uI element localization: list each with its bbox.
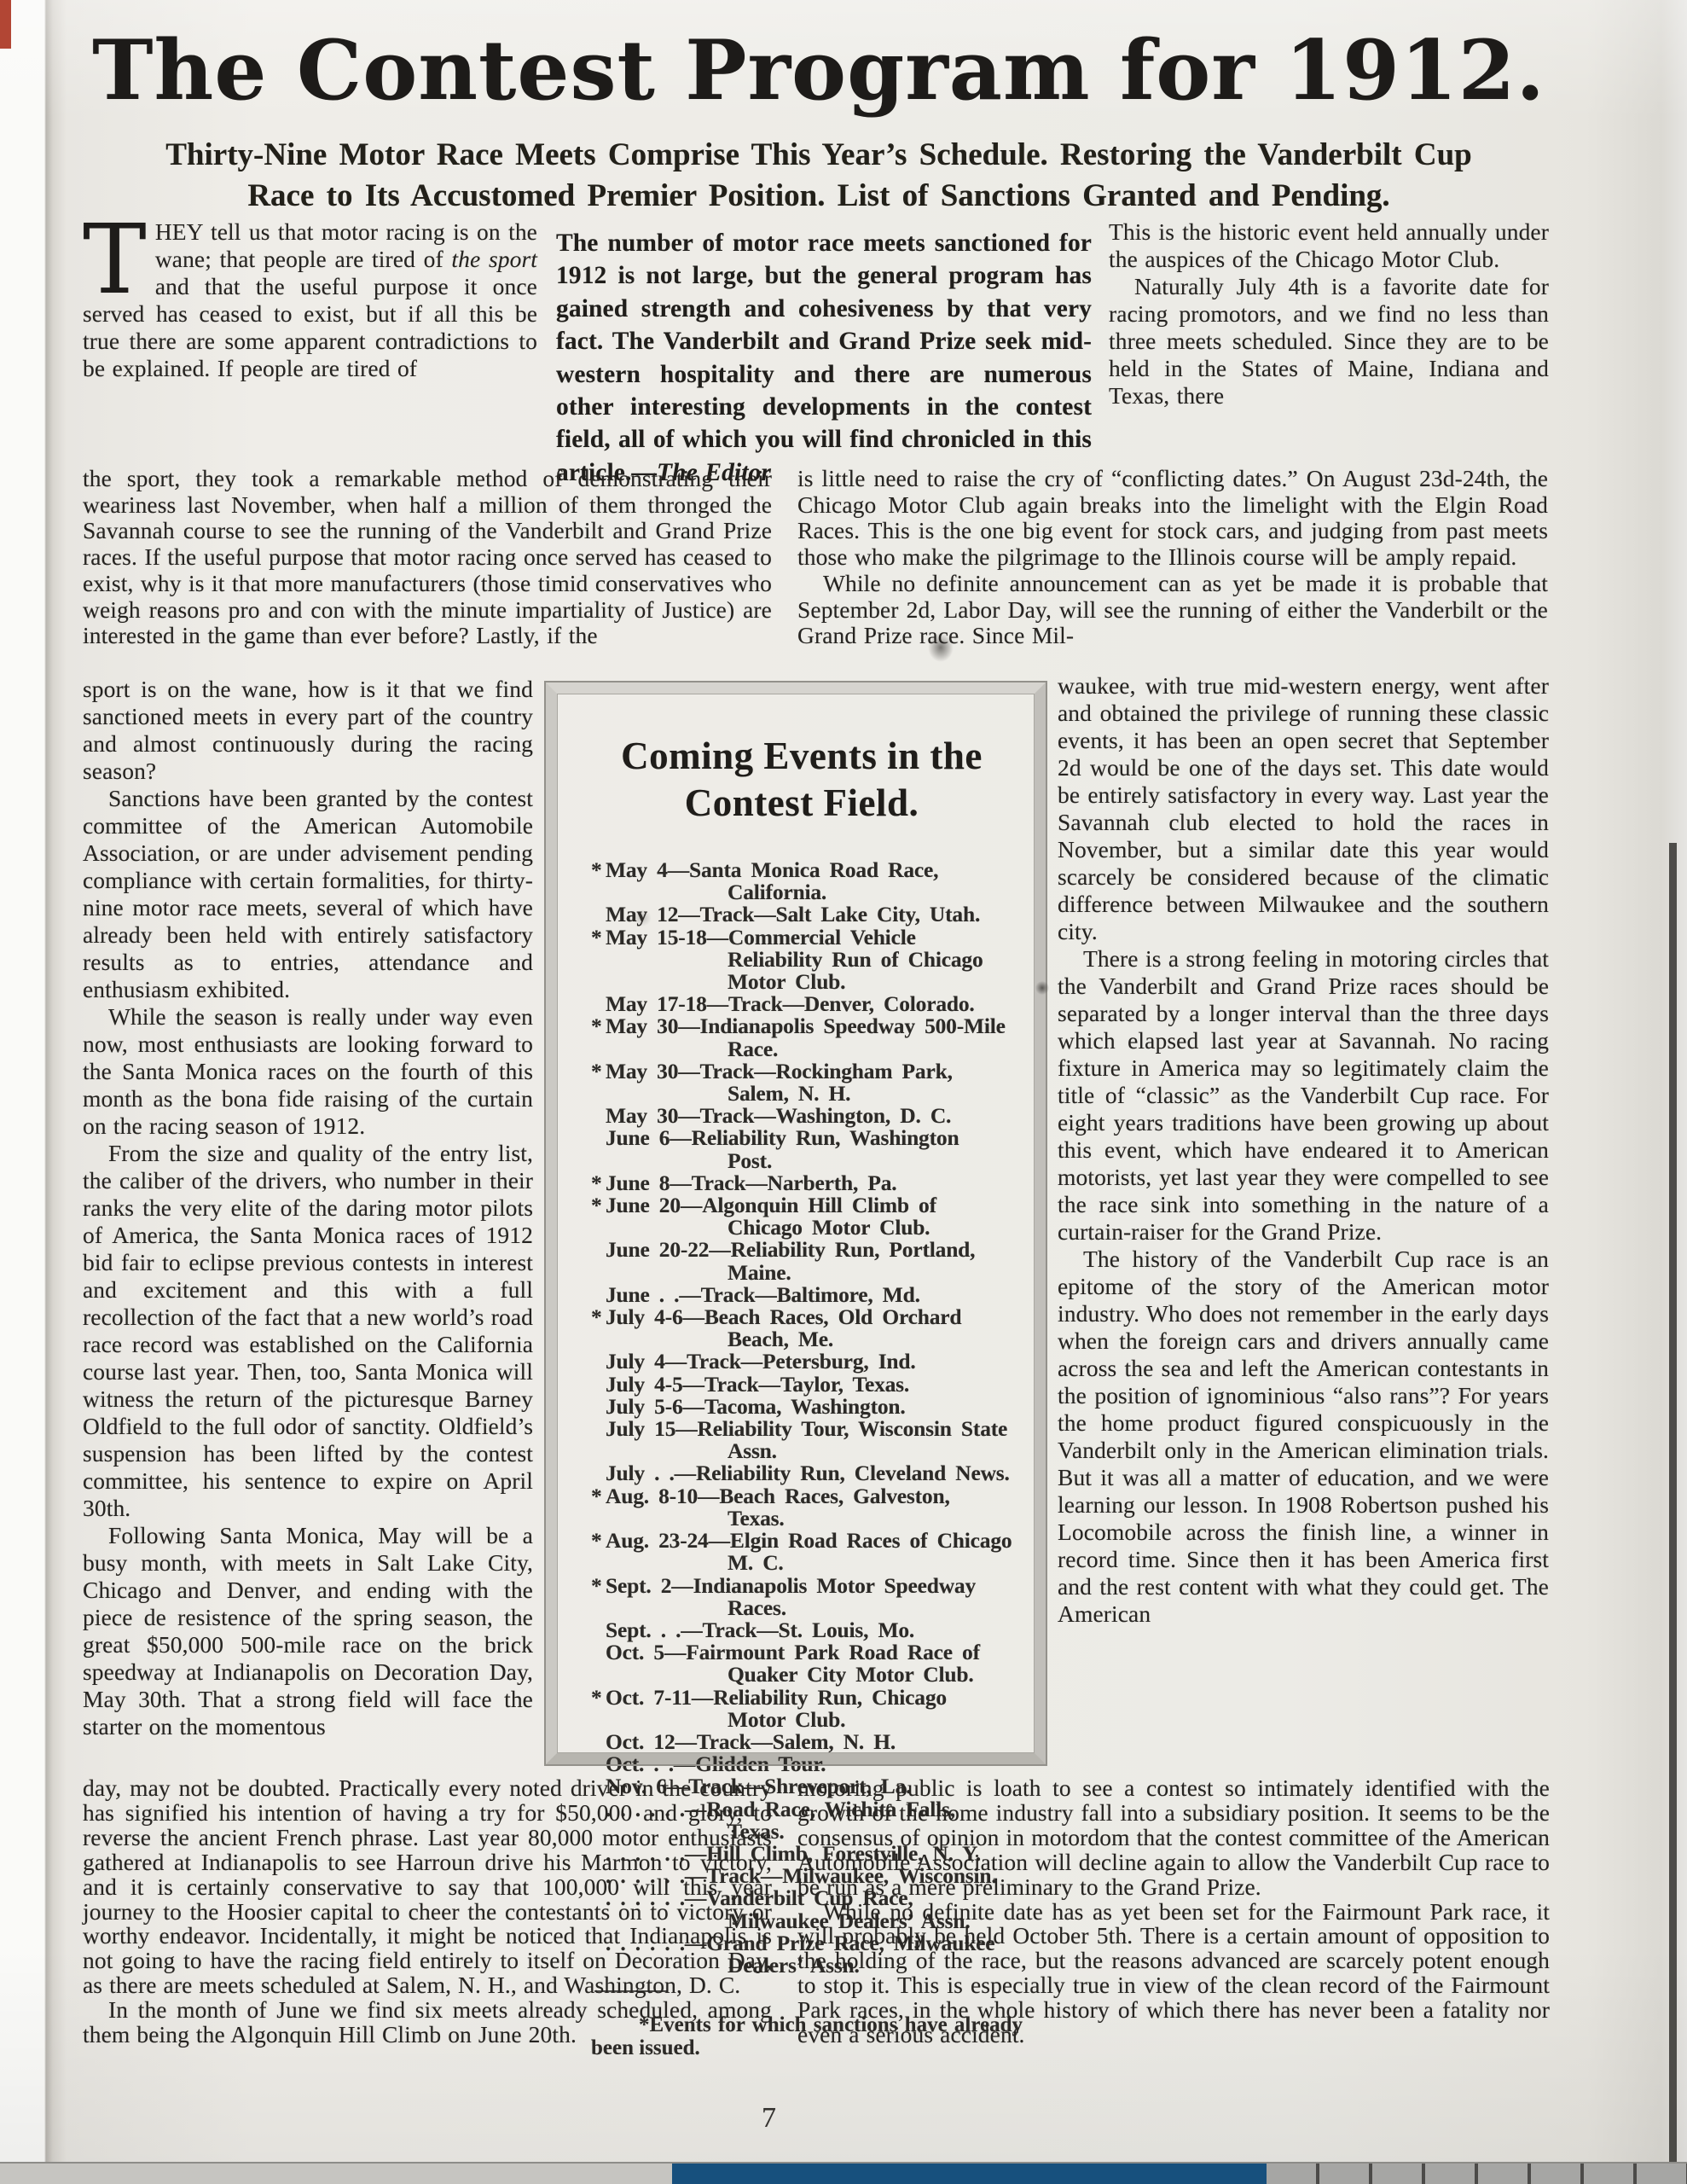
event-text: Oct. 5—Fairmount Park Road Race of Quake…	[606, 1640, 980, 1687]
paragraph: While the season is really under way eve…	[83, 1003, 533, 1140]
paragraph: is little need to raise the cry of “conf…	[797, 466, 1548, 571]
sanction-star: *	[591, 1060, 606, 1083]
scan-artifact-ruler-band: Quick Post	[1267, 2164, 1687, 2184]
event-text: Oct. 12—Track—Salem, N. H.	[606, 1729, 896, 1754]
event-text: Sept. . .—Track—St. Louis, Mo.	[606, 1618, 914, 1642]
editor-note-paragraph: The number of motor race meets sanctione…	[556, 227, 1092, 489]
event-item: Oct. 5—Fairmount Park Road Race of Quake…	[591, 1641, 1012, 1686]
event-text: June . .—Track—Baltimore, Md.	[606, 1282, 920, 1307]
event-item: *Aug. 8-10—Beach Races, Galveston, Texas…	[591, 1485, 1012, 1530]
event-item: May 12—Track—Salt Lake City, Utah.	[591, 903, 1012, 926]
paragraph: The history of the Vanderbilt Cup race i…	[1058, 1246, 1549, 1628]
event-item: July 4—Track—Petersburg, Ind.	[591, 1350, 1012, 1373]
event-text: Oct. . .—Glidden Tour.	[606, 1751, 826, 1776]
event-item: *May 4—Santa Monica Road Race, Californi…	[591, 859, 1012, 903]
sanction-star: *	[591, 1530, 606, 1552]
event-text: July 4-5—Track—Taylor, Texas.	[606, 1372, 909, 1397]
scan-artifact-smudge	[928, 633, 954, 662]
right-column: waukee, with true mid-western energy, we…	[1058, 672, 1549, 1628]
paragraph: Naturally July 4th is a favorite date fo…	[1109, 273, 1549, 409]
event-item: June 6—Reliability Run, Washington Post.	[591, 1127, 1012, 1171]
paragraph: While no definite announcement can as ye…	[797, 571, 1548, 649]
sanction-star: *	[591, 1485, 606, 1507]
editor-note-text: The number of motor race meets sanctione…	[556, 229, 1092, 486]
event-item: *July 4-6—Beach Races, Old Orchard Beach…	[591, 1306, 1012, 1350]
events-box-title-line: Coming Events in the	[591, 733, 1012, 780]
sanction-star: *	[591, 1194, 606, 1217]
scan-artifact-bottom-strip: Quick Post	[0, 2162, 1687, 2184]
article-subtitle: Thirty-Nine Motor Race Meets Comprise Th…	[60, 135, 1578, 217]
event-item: *May 30—Indianapolis Speedway 500-Mile R…	[591, 1015, 1012, 1060]
event-item: July 4-5—Track—Taylor, Texas.	[591, 1374, 1012, 1396]
sanction-star: *	[591, 1172, 606, 1194]
paragraph: While no definite date has as yet been s…	[797, 1900, 1550, 2047]
event-text: May 30—Track—Rockingham Park, Salem, N. …	[606, 1059, 953, 1106]
bottom-right-column: motoring public is loath to see a contes…	[797, 1776, 1550, 2047]
paragraph: motoring public is loath to see a contes…	[797, 1776, 1550, 1900]
event-item: June . .—Track—Baltimore, Md.	[591, 1284, 1012, 1306]
event-item: *Oct. 7-11—Reliability Run, Chicago Moto…	[591, 1687, 1012, 1731]
event-item: July 5-6—Tacoma, Washington.	[591, 1396, 1012, 1418]
event-item: Sept. . .—Track—St. Louis, Mo.	[591, 1619, 1012, 1641]
scan-artifact-smudge	[633, 909, 652, 926]
event-item: July . .—Reliability Run, Cleveland News…	[591, 1462, 1012, 1484]
left-column: sport is on the wane, how is it that we …	[83, 676, 533, 1740]
intro-column: THEY tell us that motor racing is on the…	[83, 218, 537, 382]
event-item: *Sept. 2—Indianapolis Motor Speedway Rac…	[591, 1575, 1012, 1619]
event-item: *June 20—Algonquin Hill Climb of Chicago…	[591, 1194, 1012, 1239]
events-box-title: Coming Events in the Contest Field.	[591, 733, 1012, 827]
paragraph: day, may not be doubted. Practically eve…	[83, 1776, 772, 1998]
paragraph: Sanctions have been granted by the conte…	[83, 785, 533, 1003]
scan-artifact-right-edge-line	[1669, 843, 1677, 2164]
event-text: June 6—Reliability Run, Washington Post.	[606, 1125, 959, 1172]
paragraph: This is the historic event held annually…	[1109, 218, 1549, 273]
paragraph: In the month of June we find six meets a…	[83, 1998, 772, 2047]
event-text: Aug. 23-24—Elgin Road Races of Chicago M…	[606, 1528, 1012, 1575]
scanned-magazine-page: The Contest Program for 1912. Thirty-Nin…	[0, 0, 1687, 2184]
sanction-star: *	[591, 1687, 606, 1709]
sanction-star: *	[591, 1015, 606, 1037]
event-text: July 4-6—Beach Races, Old Orchard Beach,…	[606, 1304, 961, 1351]
paragraph: There is a strong feeling in motoring ci…	[1058, 945, 1549, 1246]
intro-paragraph: THEY tell us that motor racing is on the…	[83, 218, 537, 382]
event-item: June 20-22—Reliability Run, Portland, Ma…	[591, 1239, 1012, 1283]
events-box: Coming Events in the Contest Field. *May…	[546, 682, 1046, 1764]
scan-artifact-red-mark	[0, 0, 11, 49]
events-box-title-line: Contest Field.	[591, 780, 1012, 827]
event-text: July 5-6—Tacoma, Washington.	[606, 1394, 906, 1419]
sanction-star: *	[591, 859, 606, 881]
top-right-column: This is the historic event held annually…	[1109, 218, 1549, 409]
event-text: Oct. 7-11—Reliability Run, Chicago Motor…	[606, 1685, 947, 1732]
event-item: May 30—Track—Washington, D. C.	[591, 1105, 1012, 1127]
event-text: May 4—Santa Monica Road Race, California…	[606, 857, 938, 904]
event-text: July 4—Track—Petersburg, Ind.	[606, 1349, 916, 1374]
event-item: Oct. . .—Glidden Tour.	[591, 1753, 1012, 1775]
intro-italic-phrase: the sport	[451, 246, 537, 272]
paragraph: waukee, with true mid-western energy, we…	[1058, 672, 1549, 945]
sanction-star: *	[591, 1306, 606, 1328]
event-text: May 17-18—Track—Denver, Colorado.	[606, 991, 975, 1016]
event-text: June 8—Track—Narberth, Pa.	[606, 1170, 896, 1195]
bottom-left-column: day, may not be doubted. Practically eve…	[83, 1776, 772, 2047]
event-text: Aug. 8-10—Beach Races, Galveston, Texas.	[606, 1484, 950, 1531]
paragraph: the sport, they took a remarkable method…	[83, 466, 772, 649]
middle-right-column: is little need to raise the cry of “conf…	[797, 466, 1548, 649]
event-item: May 17-18—Track—Denver, Colorado.	[591, 993, 1012, 1015]
scan-artifact-smudge	[1035, 981, 1049, 995]
subtitle-line: Race to Its Accustomed Premier Position.…	[60, 176, 1578, 217]
scan-artifact-blue-band	[672, 2164, 1267, 2184]
event-text: May 12—Track—Salt Lake City, Utah.	[606, 902, 980, 926]
event-text: Sept. 2—Indianapolis Motor Speedway Race…	[606, 1573, 976, 1620]
event-text: June 20—Algonquin Hill Climb of Chicago …	[606, 1193, 936, 1240]
paragraph: sport is on the wane, how is it that we …	[83, 676, 533, 785]
event-item: Oct. 12—Track—Salem, N. H.	[591, 1731, 1012, 1753]
editor-note: The number of motor race meets sanctione…	[556, 227, 1092, 489]
paragraph: Following Santa Monica, May will be a bu…	[83, 1522, 533, 1740]
event-text: May 30—Indianapolis Speedway 500-Mile Ra…	[606, 1014, 1006, 1060]
event-item: July 15—Reliability Tour, Wisconsin Stat…	[591, 1418, 1012, 1462]
event-text: May 30—Track—Washington, D. C.	[606, 1103, 951, 1128]
event-item: *Aug. 23-24—Elgin Road Races of Chicago …	[591, 1530, 1012, 1574]
subtitle-line: Thirty-Nine Motor Race Meets Comprise Th…	[60, 135, 1578, 176]
event-text: July . .—Reliability Run, Cleveland News…	[606, 1461, 1010, 1485]
sanction-star: *	[591, 926, 606, 949]
event-item: *May 15-18—Commercial Vehicle Reliabilit…	[591, 926, 1012, 994]
event-item: *May 30—Track—Rockingham Park, Salem, N.…	[591, 1060, 1012, 1105]
article-title: The Contest Program for 1912.	[0, 22, 1638, 119]
event-text: July 15—Reliability Tour, Wisconsin Stat…	[606, 1416, 1007, 1463]
middle-left-column: the sport, they took a remarkable method…	[83, 466, 772, 649]
drop-cap: T	[83, 218, 155, 297]
event-text: May 15-18—Commercial Vehicle Reliability…	[606, 925, 983, 994]
page-number: 7	[762, 2102, 776, 2135]
event-item: *June 8—Track—Narberth, Pa.	[591, 1172, 1012, 1194]
sanction-star: *	[591, 1575, 606, 1597]
event-text: June 20-22—Reliability Run, Portland, Ma…	[606, 1237, 975, 1284]
paragraph: From the size and quality of the entry l…	[83, 1140, 533, 1522]
